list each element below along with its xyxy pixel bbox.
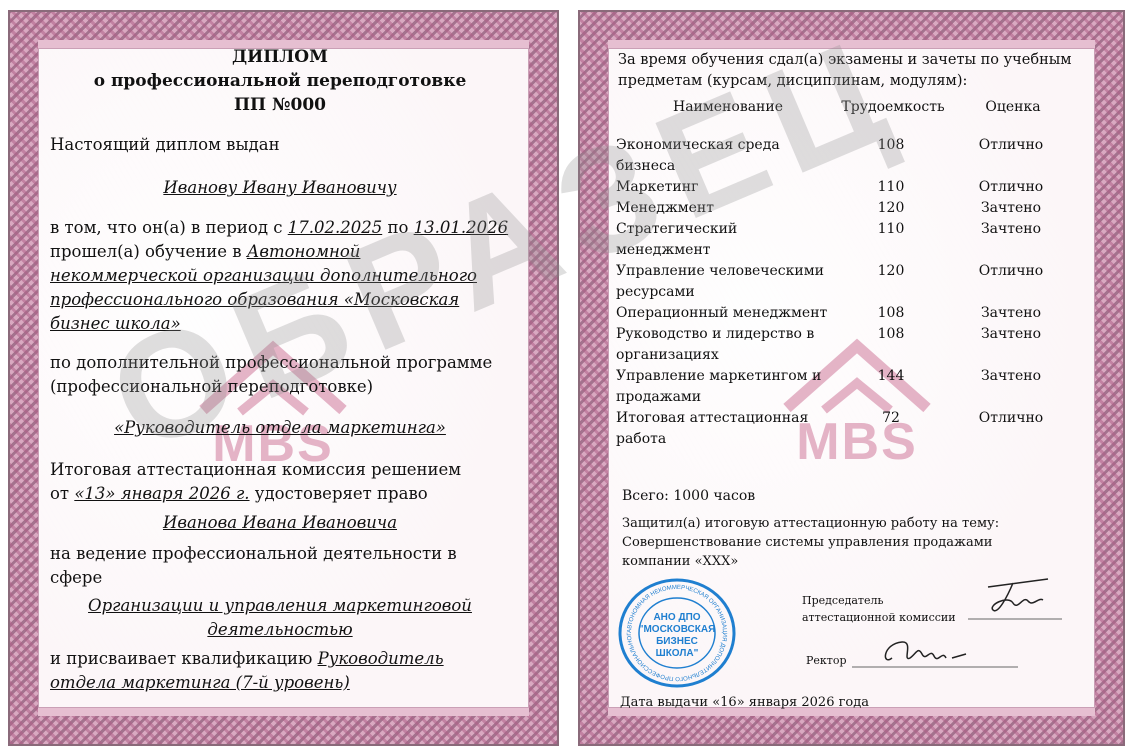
period-prefix: в том, что он(а) в период с — [50, 218, 282, 237]
svg-text:"МОСКОВСКАЯ: "МОСКОВСКАЯ — [639, 624, 716, 635]
subject-hours: 108 — [836, 303, 946, 324]
rector-label: Ректор — [806, 650, 847, 671]
grade-row: Маркетинг110Отлично — [616, 177, 1076, 198]
subject-grade: Зачтено — [946, 219, 1076, 261]
recipient-genitive-row: Иванова Ивана Ивановича — [50, 511, 510, 535]
subject-grade: Отлично — [946, 261, 1076, 303]
thesis-intro: Защитил(а) итоговую аттестационную работ… — [622, 514, 1062, 533]
study-period-paragraph: в том, что он(а) в период с 17.02.2025 п… — [50, 216, 510, 336]
commission-certifies: удостоверяет право — [255, 484, 428, 503]
chairman-signature — [968, 575, 1062, 620]
grade-row: Менеджмент120Зачтено — [616, 198, 1076, 219]
exams-intro: За время обучения сдал(а) экзамены и зач… — [618, 50, 1098, 92]
svg-text:ШКОЛА": ШКОЛА" — [656, 648, 699, 659]
svg-text:БИЗНЕС: БИЗНЕС — [656, 636, 698, 647]
rector-signature-icon — [852, 636, 1018, 668]
subject-name: Руководство и лидерство в организациях — [616, 324, 836, 366]
rector-signature — [852, 636, 1018, 668]
program-intro: по дополнительной профессиональной прогр… — [50, 351, 510, 399]
subject-hours: 72 — [836, 408, 946, 450]
diploma-title: ДИПЛОМ о профессиональной переподготовке… — [36, 45, 524, 117]
program-name: «Руководитель отдела маркетинга» — [114, 418, 446, 437]
column-header-grade: Оценка — [948, 97, 1078, 118]
subject-hours: 110 — [836, 177, 946, 198]
period-mid: по — [387, 218, 408, 237]
total-hours: Всего: 1000 часов — [622, 486, 755, 507]
commission-text: Итоговая аттестационная комиссия решение… — [50, 460, 461, 479]
grade-row: Руководство и лидерство в организациях10… — [616, 324, 1076, 366]
sphere-name: Организации и управления маркетинговой д… — [88, 596, 472, 639]
subject-hours: 108 — [836, 324, 946, 366]
issued-intro: Настоящий диплом выдан — [50, 133, 510, 157]
subject-grade: Зачтено — [946, 303, 1076, 324]
grade-row: Стратегический менеджмент110Зачтено — [616, 219, 1076, 261]
grade-row: Управление человеческими ресурсами120Отл… — [616, 261, 1076, 303]
subject-hours: 110 — [836, 219, 946, 261]
subject-grade: Зачтено — [946, 324, 1076, 366]
subject-hours: 120 — [836, 261, 946, 303]
subject-name: Итоговая аттестационная работа — [616, 408, 836, 450]
commission-from: от — [50, 484, 69, 503]
program-name-row: «Руководитель отдела маркетинга» — [50, 416, 510, 440]
diploma-number: ПП №000 — [36, 93, 524, 117]
column-header-name: Наименование — [618, 97, 838, 118]
chairman-label-line-2: аттестационной комиссии — [802, 609, 956, 626]
grade-row: Итоговая аттестационная работа72Отлично — [616, 408, 1076, 450]
sphere-intro: на ведение профессиональной деятельности… — [50, 542, 510, 590]
subject-grade: Отлично — [946, 135, 1076, 177]
title-line-2: о профессиональной переподготовке — [36, 69, 524, 93]
subject-grade: Зачтено — [946, 198, 1076, 219]
issue-date: Дата выдачи «16» января 2026 года — [620, 692, 869, 713]
subject-name: Маркетинг — [616, 177, 836, 198]
subject-name: Менеджмент — [616, 198, 836, 219]
subject-grade: Отлично — [946, 177, 1076, 198]
date-from: 17.02.2025 — [288, 218, 382, 237]
column-header-hours: Трудоемкость — [838, 97, 948, 118]
commission-date: «13» января 2026 г. — [74, 484, 249, 503]
chairman-label: Председатель аттестационной комиссии — [802, 592, 956, 626]
chairman-signature-icon — [968, 575, 1062, 620]
subject-name: Операционный менеджмент — [616, 303, 836, 324]
recipient-name-genitive: Иванова Ивана Ивановича — [163, 513, 397, 532]
grade-row: Экономическая среда бизнеса108Отлично — [616, 135, 1076, 177]
chairman-label-line-1: Председатель — [802, 592, 956, 609]
recipient-dative-row: Иванову Ивану Ивановичу — [50, 176, 510, 200]
subject-name: Экономическая среда бизнеса — [616, 135, 836, 177]
svg-text:АНО ДПО: АНО ДПО — [653, 612, 700, 623]
title-line-1: ДИПЛОМ — [36, 45, 524, 69]
organization-stamp: АВТОНОМНАЯ НЕКОММЕРЧЕСКАЯ ОРГАНИЗАЦИЯ ДО… — [617, 578, 737, 688]
stamp-seal-icon: АВТОНОМНАЯ НЕКОММЕРЧЕСКАЯ ОРГАНИЗАЦИЯ ДО… — [617, 578, 737, 688]
sphere-name-row: Организации и управления маркетинговой д… — [50, 594, 510, 642]
commission-paragraph: Итоговая аттестационная комиссия решение… — [50, 458, 510, 506]
grade-row: Управление маркетингом и продажами144Зач… — [616, 366, 1076, 408]
subject-name: Управление маркетингом и продажами — [616, 366, 836, 408]
qualification-paragraph: и присваивает квалификацию Руководитель … — [50, 647, 510, 695]
subject-hours: 120 — [836, 198, 946, 219]
grades-table: Экономическая среда бизнеса108ОтличноМар… — [616, 135, 1086, 450]
qualification-intro: и присваивает квалификацию — [50, 649, 312, 668]
subject-name: Управление человеческими ресурсами — [616, 261, 836, 303]
grades-header: Наименование Трудоемкость Оценка — [618, 97, 1088, 118]
subject-hours: 108 — [836, 135, 946, 177]
thesis-topic: Совершенствование системы управления про… — [622, 533, 1062, 571]
thesis-block: Защитил(а) итоговую аттестационную работ… — [622, 514, 1062, 571]
grade-row: Операционный менеджмент108Зачтено — [616, 303, 1076, 324]
subject-name: Стратегический менеджмент — [616, 219, 836, 261]
studied-text: прошел(а) обучение в — [50, 242, 242, 261]
subject-grade: Отлично — [946, 408, 1076, 450]
recipient-name-dative: Иванову Ивану Ивановичу — [163, 178, 396, 197]
subject-hours: 144 — [836, 366, 946, 408]
subject-grade: Зачтено — [946, 366, 1076, 408]
date-to: 13.01.2026 — [414, 218, 508, 237]
